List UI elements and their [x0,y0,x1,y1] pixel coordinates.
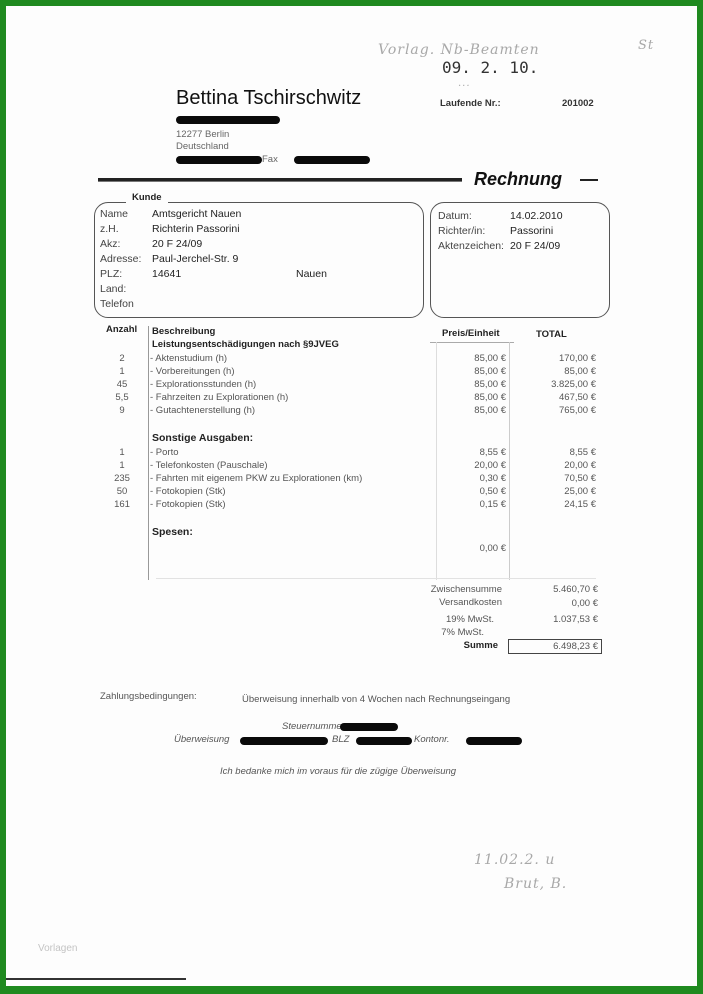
document-title: Rechnung [474,169,562,190]
header-underline [430,342,514,343]
blz-label: BLZ [332,734,349,745]
scan-edge [6,978,186,980]
tax-number-label: Steuernummer [282,721,345,732]
section-title-other-expenses: Sonstige Ausgaben: [152,432,253,444]
total-value: 6.498,23 € [518,641,598,652]
date-stamp: 09. 2. 10. [442,58,538,77]
table-row: 235 - Fahrten mit eigenem PKW zu Explora… [6,473,697,485]
payment-terms-label: Zahlungsbedingungen: [100,691,197,702]
customer-fields: Name Amtsgericht Nauen z.H. Richterin Pa… [100,208,420,308]
table-row: 1 - Vorbereitungen (h) 85,00 € 85,00 € [6,366,697,378]
stamp-initials: ... [458,78,471,89]
redacted-fax [294,156,370,164]
title-dash [580,179,598,181]
header-description: Beschreibung [152,326,215,337]
invoice-number-value: 201002 [562,98,594,109]
handwritten-note-bottom-2: Brut, B. [504,876,567,892]
section-title-expenses: Spesen: [152,526,193,538]
redacted-phone [176,156,262,164]
vat19-label: 19% MwSt. [404,614,494,625]
subtotal-value: 5.460,70 € [518,584,598,595]
redacted-street [176,116,280,124]
title-rule [98,178,462,182]
header-total: TOTAL [536,329,567,340]
redacted-account [466,737,522,745]
table-row: 2 - Aktenstudium (h) 85,00 € 170,00 € [6,353,697,365]
section-title-services: Leistungsentschädigungen nach §9JVEG [152,339,339,350]
header-unit-price: Preis/Einheit [442,328,500,339]
header-qty: Anzahl [106,324,137,335]
subtotal-label: Zwischensumme [412,584,502,595]
redacted-blz [356,737,412,745]
corner-mark: St [638,38,654,53]
table-row: 0,00 € [6,543,697,555]
payment-terms-value: Überweisung innerhalb von 4 Wochen nach … [242,694,510,705]
table-row: 1 - Porto 8,55 € 8,55 € [6,447,697,459]
table-row: 161 - Fotokopien (Stk) 0,15 € 24,15 € [6,499,697,511]
vat19-value: 1.037,53 € [518,614,598,625]
thank-you-note: Ich bedanke mich im voraus für die zügig… [220,766,456,777]
bank-transfer-label: Überweisung [174,734,229,745]
shipping-value: 0,00 € [518,598,598,609]
table-row: 5,5 - Fahrzeiten zu Explorationen (h) 85… [6,392,697,404]
invoice-page: Vorlag. Nb-Beamten 09. 2. 10. St ... Bet… [6,6,697,986]
table-row: 45 - Explorationsstunden (h) 85,00 € 3.8… [6,379,697,391]
table-row: 50 - Fotokopien (Stk) 0,50 € 25,00 € [6,486,697,498]
shipping-label: Versandkosten [412,597,502,608]
handwritten-note-bottom-1: 11.02.2. u [474,852,555,868]
table-bottom-rule [156,578,596,579]
handwritten-note: Vorlag. Nb-Beamten [378,42,540,58]
sender-country: Deutschland [176,141,229,152]
redacted-bank-name [240,737,328,745]
table-row: 1 - Telefonkosten (Pauschale) 20,00 € 20… [6,460,697,472]
invoice-number-label: Laufende Nr.: [440,98,501,109]
account-label: Kontonr. [414,734,450,745]
vat7-label: 7% MwSt. [394,627,484,638]
sender-city: 12277 Berlin [176,129,229,140]
redacted-tax-number [340,723,398,731]
invoice-meta-fields: Datum: 14.02.2010 Richter/in: Passorini … [438,210,608,260]
customer-box-legend: Kunde [126,192,168,203]
total-label: Summe [408,640,498,651]
fax-label: Fax [262,154,278,165]
watermark: Vorlagen [38,943,77,954]
table-row: 9 - Gutachtenerstellung (h) 85,00 € 765,… [6,405,697,417]
sender-name: Bettina Tschirschwitz [176,87,361,110]
